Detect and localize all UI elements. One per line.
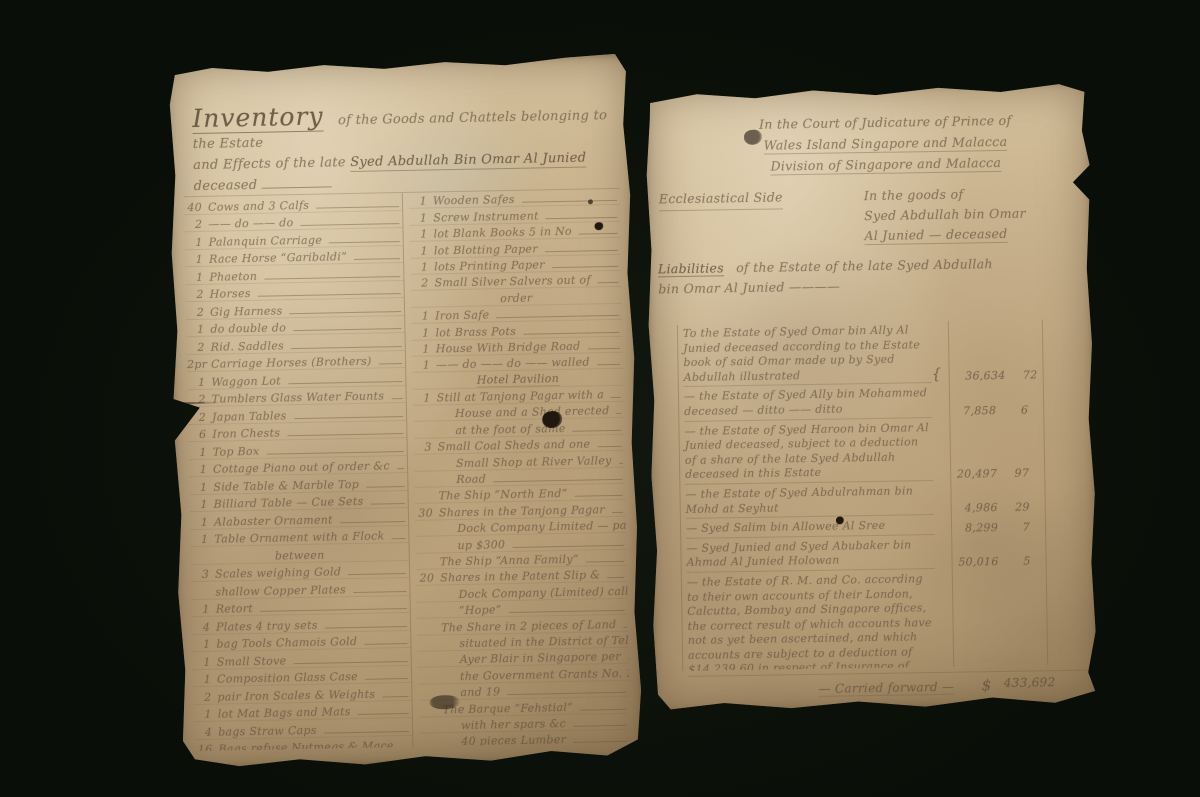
item-text: lot Mat Bags and Mats (218, 705, 351, 721)
item-quantity: 16 (194, 743, 218, 751)
liability-entry: — the Estate of Syed Ally bin Mohammed d… (684, 384, 1083, 421)
photo-background: Inventory of the Goods and Chattels belo… (0, 0, 1200, 797)
court-line3: Division of Singapore and Malacca (770, 155, 1001, 176)
item-quantity: 2pr (187, 358, 211, 371)
liabilities-line2: bin Omar Al Junied ———— (658, 273, 1079, 300)
item-quantity: 2 (188, 410, 212, 423)
item-text: The Ship “North End” (439, 487, 568, 502)
inventory-ledger: 40 Cows and 3 Calfs 2 —— do —— do 1 Pala… (184, 188, 631, 751)
item-text: and 19 (460, 685, 500, 699)
item-quantity: 1 (412, 342, 436, 355)
total-dollars: 433,692 (993, 675, 1055, 694)
item-quantity: 1 (194, 708, 218, 721)
goods-line2: Syed Abdullah bin Omar (864, 204, 1026, 227)
liability-text: — the Estate of Syed Abdulrahman bin Moh… (685, 484, 933, 519)
ruled-line (580, 708, 627, 710)
ruled-line (619, 462, 623, 463)
ruled-line (266, 451, 403, 455)
item-text: bags Straw Caps (218, 723, 317, 738)
item-text: Small Stove (217, 654, 287, 668)
item-text: Composition Glass Case (217, 670, 358, 686)
liability-amount: 50,016 5 (935, 554, 1086, 569)
amount-cents: 6 (996, 403, 1028, 417)
item-text: lot Blank Books 5 in No (433, 225, 572, 241)
ruled-line (573, 725, 627, 727)
item-text: order (500, 291, 532, 305)
item-text: Race Horse “Garibaldi” (209, 250, 347, 266)
item-text: up $300 (457, 538, 505, 552)
item-text: Screw Instrument (433, 209, 539, 224)
liability-amount: 7,858 6 (932, 402, 1083, 417)
liability-amount: 20,497 97 (933, 466, 1084, 481)
item-quantity: 1 (410, 260, 434, 273)
ruled-line (293, 660, 407, 663)
item-text: Japan Tables (212, 409, 287, 423)
item-quantity: 1 (192, 603, 216, 616)
liability-text: — Syed Salim bin Allowee Al Sree (686, 518, 934, 538)
item-text: Plates 4 tray sets (216, 618, 318, 633)
carried-forward-label: — Carried forward — (818, 680, 954, 697)
total-cents (1055, 675, 1087, 694)
ruled-line (597, 446, 621, 447)
item-quantity: 1 (189, 480, 213, 493)
item-text: “Hope” (459, 603, 502, 617)
ruled-line (552, 266, 618, 268)
liability-amount: 8,299 7 (934, 519, 1085, 534)
ruled-line (611, 397, 621, 398)
amount-dollars: 20,497 (935, 467, 997, 481)
item-text: Side Table & Marble Top (213, 477, 359, 493)
liabilities-word: Liabilities (658, 260, 724, 277)
item-text: lots Printing Paper (434, 258, 545, 273)
ledger-column-right: 1 Wooden Safes 1 Screw Instrument 1 lot … (402, 189, 631, 747)
item-quantity: 1 (190, 498, 214, 511)
item-text: The Ship “Anna Family” (440, 553, 579, 569)
amount-dollars: 4,986 (936, 501, 998, 515)
ruled-line (573, 741, 627, 743)
item-quantity: 1 (412, 359, 436, 372)
item-text: Scales weighing Gold (215, 565, 341, 580)
item-text: Gig Harness (210, 304, 283, 318)
ruled-line (264, 276, 400, 280)
carried-forward-amount: $ 433,692 (982, 675, 1088, 695)
item-quantity: 2 (186, 305, 210, 318)
liabilities-heading: Liabilities of the Estate of the late Sy… (658, 253, 1080, 300)
carried-forward-row: — Carried forward — $ 433,692 (688, 670, 1087, 699)
liabilities-page: In the Court of Judicature of Prince of … (643, 81, 1100, 714)
ruled-line (617, 413, 622, 414)
item-text: Palanquin Carriage (209, 233, 323, 248)
ruled-line (507, 692, 626, 695)
item-quantity: 2 (410, 277, 434, 290)
amount-cents: 5 (998, 554, 1030, 568)
item-quantity: 1 (189, 445, 213, 458)
item-quantity: 6 (188, 428, 212, 441)
ruled-line (573, 430, 622, 432)
item-text: 40 pieces Lumber (461, 733, 566, 747)
item-text: Cows and 3 Calfs (208, 198, 310, 213)
item-quantity: 3 (414, 441, 438, 454)
side-row: Ecclesiastical Side In the goods of Syed… (659, 183, 1074, 190)
item-text: Hotel Pavilion (477, 372, 560, 388)
item-text: Retort (216, 602, 254, 616)
inventory-item-row: 40 pieces Lumber (419, 730, 630, 747)
item-text: The Barque “Fehstial” (443, 700, 574, 715)
ruled-line (291, 346, 402, 349)
ruled-line (597, 364, 620, 365)
margin-rule (677, 325, 683, 671)
liability-text: — the Estate of Syed Ally bin Mohammed d… (684, 386, 932, 421)
item-quantity: 1 (190, 515, 214, 528)
goods-line3: Al Junied — deceased (864, 226, 1007, 245)
ruled-line (354, 258, 400, 260)
item-text: Rid. Saddles (211, 339, 285, 353)
ruled-line (598, 282, 619, 283)
ruled-line (496, 315, 619, 318)
item-text: lot Brass Pots (435, 324, 516, 339)
ruled-blank (262, 175, 332, 188)
liability-text: — Syed Junied and Syed Abubaker bin Ahma… (686, 538, 934, 573)
amount-cents: 97 (997, 466, 1029, 480)
inventory-title: Inventory of the Goods and Chattels belo… (192, 100, 614, 197)
ruled-line (301, 223, 400, 226)
ruled-line (612, 512, 623, 513)
title-line3: deceased (193, 178, 257, 194)
item-text: with her spars &c (461, 717, 566, 732)
item-quantity: 2 (188, 393, 212, 406)
ruled-line (348, 573, 406, 575)
item-quantity: 1 (186, 323, 210, 336)
amount-dollars: 36,634 (943, 369, 1005, 383)
ruled-line (607, 577, 624, 578)
item-quantity: 4 (194, 725, 218, 738)
ruled-line (382, 695, 408, 697)
item-quantity: 1 (193, 673, 217, 686)
liability-entry: — Syed Junied and Syed Abubaker bin Ahma… (686, 535, 1085, 572)
amount-dollars: 8,299 (936, 521, 998, 535)
item-quantity: 2 (187, 340, 211, 353)
item-text: bag Tools Chamois Gold (216, 635, 357, 651)
item-quantity: 1 (409, 195, 433, 208)
in-the-goods-of: In the goods of Syed Abdullah bin Omar A… (864, 184, 1027, 247)
liability-entry: — the Estate of R. M. and Co. according … (687, 570, 1088, 672)
ruled-line (329, 241, 400, 243)
item-quantity: 4 (192, 620, 216, 633)
item-quantity: 2 (186, 288, 210, 301)
ruled-line (325, 625, 407, 628)
ruled-line (358, 713, 409, 715)
ruled-line (392, 538, 406, 539)
item-quantity: 1 (185, 235, 209, 248)
ruled-line (401, 748, 410, 749)
item-quantity: 1 (185, 270, 209, 283)
ruled-line (509, 610, 625, 613)
item-text: Waggon Lot (211, 374, 281, 388)
ruled-line (587, 348, 619, 350)
currency-sign: $ (982, 676, 992, 694)
ruled-line (340, 521, 405, 523)
amount-cents: 29 (998, 501, 1030, 515)
amount-cents: 72 (1005, 369, 1037, 383)
item-text: Top Box (213, 444, 260, 458)
ruled-line (324, 730, 409, 733)
liability-entries: To the Estate of Syed Omar bin Ally Al J… (683, 321, 1088, 672)
item-text: Horses (210, 287, 251, 301)
item-quantity: 1 (193, 655, 217, 668)
item-text: between (275, 548, 325, 562)
liability-text: — the Estate of Syed Haroon bin Omar Al … (684, 421, 933, 485)
item-text: Alabaster Ornament (214, 513, 333, 528)
item-text: Iron Chests (212, 426, 280, 440)
ruled-line (623, 626, 627, 627)
item-quantity: 30 (415, 506, 439, 519)
ruled-line (366, 486, 404, 488)
item-quantity: 2 (184, 218, 208, 231)
liability-amount: { 36,634 72 (932, 363, 1083, 383)
item-text: Wooden Safes (433, 193, 515, 208)
item-quantity: 1 (413, 391, 437, 404)
ruled-line (294, 416, 403, 419)
item-quantity: 1 (185, 253, 209, 266)
ruled-line (397, 468, 404, 469)
item-quantity: 1 (411, 310, 435, 323)
ruled-line (316, 206, 399, 209)
item-text: Bags refuse Nutmegs & Mace (218, 739, 393, 751)
item-text: House With Bridge Road (436, 340, 581, 356)
ruled-line (370, 503, 404, 505)
ruled-line (290, 311, 402, 314)
ruled-line (575, 495, 623, 497)
item-quantity: 1 (187, 375, 211, 388)
liability-entry: — Syed Salim bin Allowee Al Sree 8,299 7 (686, 516, 1085, 539)
ruled-line (293, 328, 401, 331)
item-quantity: 1 (190, 533, 214, 546)
liability-entry: To the Estate of Syed Omar bin Ally Al J… (683, 321, 1083, 388)
deceased-name: Syed Abdullah Bin Omar Al Junied (350, 150, 586, 172)
ruled-line (628, 659, 629, 660)
goods-line1: In the goods of (864, 184, 1026, 207)
item-text: Road (456, 472, 486, 486)
item-text: lot Blotting Paper (434, 242, 538, 257)
ruled-line (365, 678, 408, 680)
ruled-line (379, 363, 402, 364)
inventory-page: Inventory of the Goods and Chattels belo… (165, 54, 644, 770)
item-text: —— do —— do (208, 216, 293, 231)
liability-entry: — the Estate of Syed Abdulrahman bin Moh… (685, 482, 1084, 519)
item-text: Iron Safe (435, 308, 489, 322)
item-quantity: 3 (191, 568, 215, 581)
ruled-line (353, 591, 406, 593)
ruled-line (258, 293, 401, 297)
item-quantity: 1 (409, 228, 433, 241)
item-quantity: 1 (192, 638, 216, 651)
item-text: Phaeton (209, 269, 257, 283)
liability-amount: 4,986 29 (934, 500, 1085, 515)
ruled-line (512, 544, 623, 547)
item-text: do double do (210, 321, 286, 335)
ruled-line (288, 381, 402, 384)
ruled-line (391, 398, 402, 399)
liabilities-table: To the Estate of Syed Omar bin Ally Al J… (661, 319, 1091, 672)
amount-cents: 7 (998, 520, 1030, 534)
item-quantity: 1 (409, 211, 433, 224)
item-quantity: 20 (416, 572, 440, 585)
item-quantity: 1 (410, 244, 434, 257)
title-word: Inventory (192, 102, 324, 135)
ruled-line (260, 608, 407, 612)
ruled-line (546, 217, 618, 219)
ruled-line (522, 200, 617, 203)
ruled-line (586, 561, 624, 563)
item-text: shallow Copper Plates (215, 583, 346, 599)
ecclesiastical-side-label: Ecclesiastical Side (659, 187, 783, 211)
ruled-line (287, 433, 403, 436)
liability-text: — the Estate of R. M. and Co. according … (687, 572, 937, 671)
item-quantity: 2 (193, 690, 217, 703)
ruled-line (579, 233, 618, 235)
liability-entry: — the Estate of Syed Haroon bin Omar Al … (684, 418, 1084, 485)
item-quantity: 1 (411, 326, 435, 339)
ruled-line (523, 331, 619, 334)
liability-text: To the Estate of Syed Omar bin Ally Al J… (683, 323, 932, 387)
liabilities-rest: of the Estate of the late Syed Abdullah (736, 256, 993, 275)
amount-brace: { (932, 365, 942, 383)
ruled-line (545, 249, 618, 251)
item-quantity: 40 (184, 200, 208, 213)
ledger-column-left: 40 Cows and 3 Calfs 2 —— do —— do 1 Pala… (184, 193, 413, 751)
ruled-line (364, 643, 407, 645)
item-quantity: 1 (189, 463, 213, 476)
amount-dollars: 50,016 (937, 555, 999, 569)
title-line2: and Effects of the late (193, 155, 346, 173)
amount-dollars: 7,858 (934, 404, 996, 418)
ruled-line (493, 479, 622, 482)
